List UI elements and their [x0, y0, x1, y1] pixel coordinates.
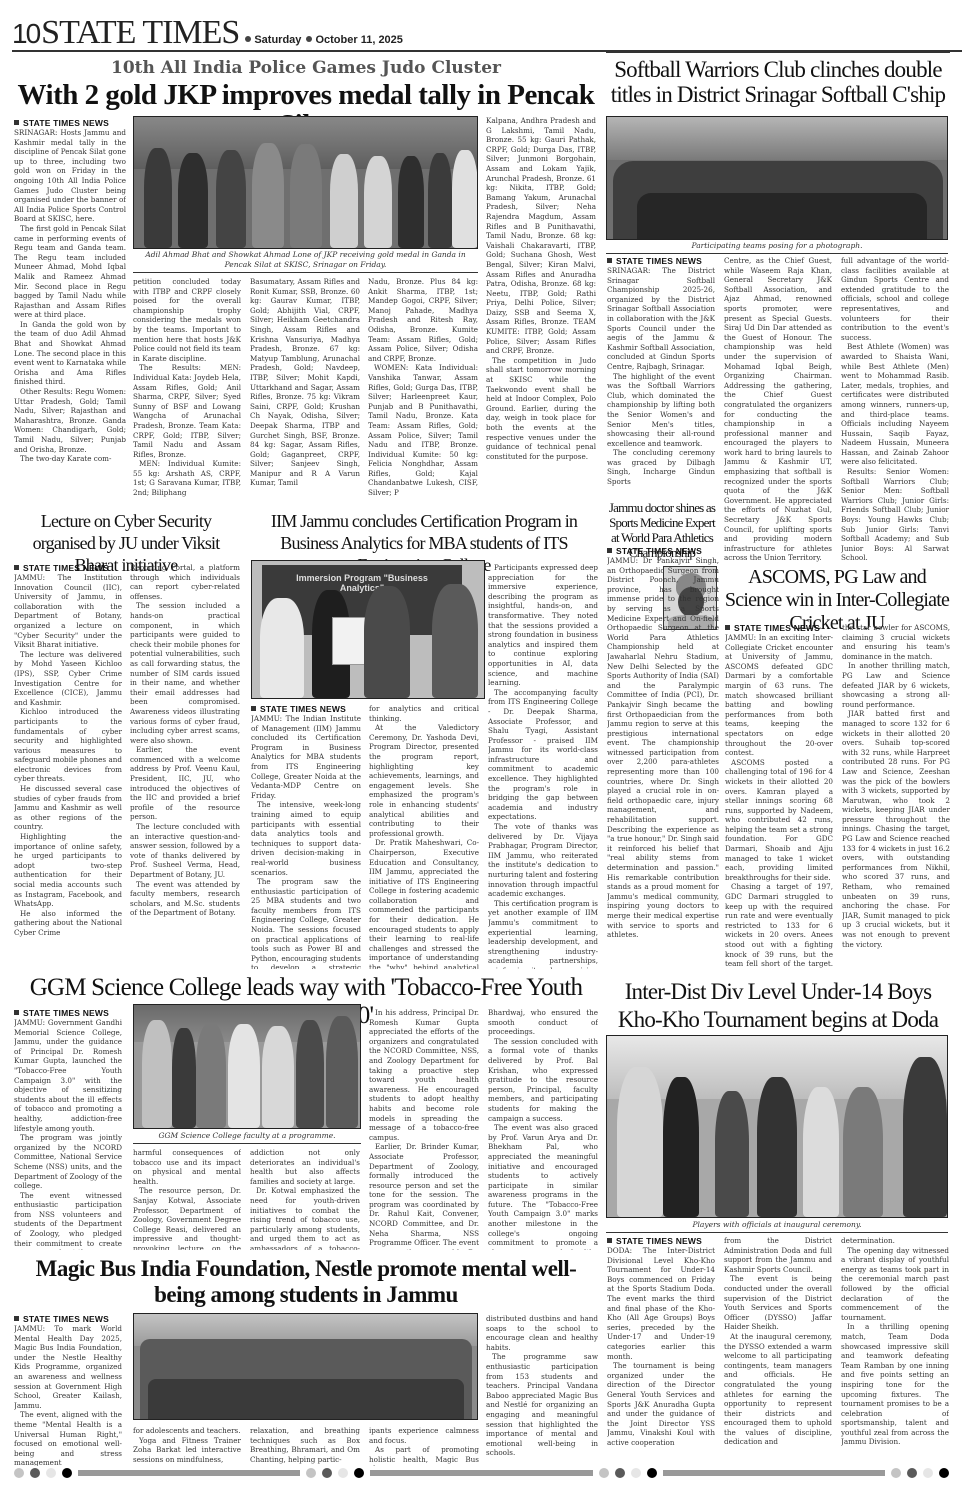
article-column: In his address, Principal Dr. Romesh Kum… — [369, 1008, 479, 1250]
photo-pencak-silat-medal-winners — [133, 116, 478, 249]
article-column: Nadu, Bronze. Plus 84 kg: Ankit Sharma, … — [368, 277, 478, 503]
article-column: Participants expressed deep appreciation… — [488, 563, 598, 969]
dot-icon — [891, 1468, 901, 1478]
banner-text: Immersion Program "Business Analytics" — [282, 573, 442, 593]
masthead: 10 STATE TIMES Saturday October 11, 2025 — [12, 10, 962, 52]
dot-icon — [615, 1468, 625, 1478]
article-column: petition concluded today with ITBP and C… — [133, 277, 241, 503]
photo-ggm-faculty — [133, 1004, 361, 1129]
byline: STATE TIMES NEWS — [14, 118, 109, 128]
dot-icon — [907, 1468, 917, 1478]
article-column: addiction not only deteriorates an indiv… — [250, 1148, 360, 1250]
article-column: JAMMU: In an exciting Inter-Collegiate C… — [725, 633, 833, 969]
article-column: Bhardwaj, who ensured the smooth conduct… — [488, 1008, 598, 1250]
article-column: DODA: The Inter-District Divisional Leve… — [607, 1246, 715, 1466]
day: Saturday — [254, 34, 301, 46]
byline: STATE TIMES NEWS — [607, 1236, 702, 1246]
dot-icon — [14, 1468, 24, 1478]
article-column: JAMMU: Dr Pankajvir Singh, an Orthopaedi… — [607, 556, 719, 971]
dot-icon — [354, 1468, 364, 1478]
photo-iim-certificate-ceremony: Immersion Program "Business Analytics" — [251, 560, 485, 699]
byline: STATE TIMES NEWS — [14, 1008, 109, 1018]
article-column: JAMMU: The Institution Innovation Counci… — [14, 573, 122, 969]
article-column: JAMMU: The Indian Institute of Managemen… — [251, 714, 361, 969]
article-column: determination. The opening day witnessed… — [841, 1236, 949, 1466]
dot-icon — [30, 1468, 40, 1478]
bar-divider — [663, 1470, 885, 1476]
article-column: distributed dustbins and hand soaps to t… — [486, 1314, 598, 1466]
kicker-pencak-silat: 10th All India Police Games Judo Cluster — [12, 58, 600, 78]
dot-icon — [322, 1468, 332, 1478]
byline: STATE TIMES NEWS — [607, 546, 702, 556]
article-column: for analytics and critical thinking. At … — [369, 704, 479, 969]
dot-icon — [647, 1468, 657, 1478]
dot-icon — [599, 1468, 609, 1478]
byline: STATE TIMES NEWS — [14, 563, 109, 573]
article-column: for adolescents and teachers. Yoga and F… — [133, 1426, 241, 1466]
photo-caption: Adil Ahmad Bhat and Showkat Ahmad Lone o… — [133, 250, 478, 273]
dot-icon — [306, 1468, 316, 1478]
byline: STATE TIMES NEWS — [725, 623, 820, 633]
dot-icon — [62, 1468, 72, 1478]
dot-icon — [923, 1468, 933, 1478]
date: October 11, 2025 — [315, 34, 402, 46]
newspaper-title: STATE TIMES — [41, 16, 239, 50]
article-column: Basumatary, Assam Rifles and Ronit Kumar… — [250, 277, 360, 503]
article-column: JAMMU: To mark World Mental Health Day 2… — [14, 1324, 122, 1466]
photo-caption: Players with officials at inaugural cere… — [606, 1220, 948, 1233]
article-column: from the District Administration Doda an… — [724, 1236, 832, 1466]
byline: STATE TIMES NEWS — [251, 704, 346, 714]
article-column: the star bowler for ASCOMS, claiming 3 c… — [842, 623, 950, 969]
article-column: full advantage of the world-class facili… — [841, 256, 949, 562]
article-column: ipants experience calmness and focus. As… — [369, 1426, 479, 1466]
bar-divider — [370, 1470, 592, 1476]
article-column: JAMMU: Government Gandhi Memorial Scienc… — [14, 1018, 122, 1250]
article-column: SRINAGAR: The District Srinagar Softball… — [607, 266, 715, 488]
bar-divider — [78, 1470, 300, 1476]
photo-caption: Participating teams posing for a photogr… — [606, 241, 948, 254]
photo-magic-bus-students — [133, 1313, 478, 1420]
footer-ornament — [14, 1468, 949, 1478]
article-column: harmful consequences of tobacco use and … — [133, 1148, 241, 1250]
bullet-icon — [306, 36, 312, 42]
headline-magic-bus: Magic Bus India Foundation, Nestle promo… — [12, 1256, 600, 1308]
article-column: SRINAGAR: Hosts Jammu and Kashmir medal … — [14, 128, 126, 503]
photo-softball-teams — [606, 116, 948, 240]
dot-icon — [631, 1468, 641, 1478]
byline: STATE TIMES NEWS — [14, 1314, 109, 1324]
article-column: Centre, as the Chief Guest, while Waseem… — [724, 256, 832, 562]
dot-icon — [939, 1468, 949, 1478]
article-column: Reporting Portal, a platform through whi… — [130, 563, 240, 969]
headline-softball: Softball Warriors Club clinches double t… — [606, 58, 950, 108]
article-column: relaxation, and breathing techniques suc… — [250, 1426, 360, 1466]
page-number: 10 — [12, 18, 39, 50]
bullet-icon — [245, 36, 251, 42]
byline: STATE TIMES NEWS — [607, 256, 702, 266]
dot-icon — [46, 1468, 56, 1478]
divider — [606, 52, 950, 53]
article-column: Kalpana, Andhra Pradesh and G Lakshmi, T… — [486, 116, 596, 503]
photo-caption: GGM Science College faculty at a program… — [133, 1131, 361, 1144]
photo-kho-kho-inauguration — [606, 1035, 948, 1218]
dateline: Saturday October 11, 2025 — [243, 34, 403, 46]
headline-kho-kho: Inter-Dist Div Level Under-14 Boys Kho-K… — [606, 978, 950, 1034]
dot-icon — [338, 1468, 348, 1478]
